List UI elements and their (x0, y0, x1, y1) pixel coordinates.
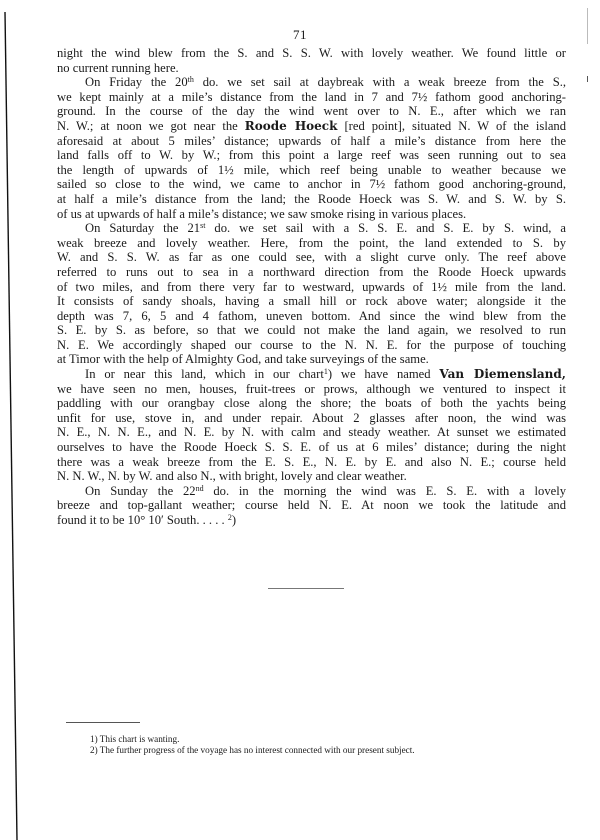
superscript: 1 (324, 367, 328, 376)
bold-name: Roode Hoeck (245, 119, 338, 133)
paragraph: In or near this land, which in our chart… (57, 367, 566, 484)
text-line: S. E. by S. as before, so that we could … (57, 323, 566, 338)
superscript: 2 (228, 513, 232, 522)
text-line: On Saturday the 21st do. we set sail wit… (57, 221, 566, 236)
paragraph: On Friday the 20th do. we set sail at da… (57, 75, 566, 221)
text-line: sailed so close to the wind, we came to … (57, 177, 566, 192)
text-line: land falls off to W. by W.; from this po… (57, 148, 566, 163)
text-line: ground. In the course of the day the win… (57, 104, 566, 119)
text-line: paddling with our orangbay close along t… (57, 396, 566, 411)
text-line: weak breeze and lovely weather. Here, fr… (57, 236, 566, 251)
page-number: 71 (0, 27, 600, 43)
superscript: nd (196, 484, 204, 493)
text-line: referred to runs out to sea in a northwa… (57, 265, 566, 280)
section-separator (268, 588, 344, 589)
text-line: breeze and top-gallant weather; course h… (57, 498, 566, 513)
footnote-rule (66, 722, 140, 723)
text-line: depth was 7, 6, 5 and 4 fathom, uneven b… (57, 309, 566, 324)
text-line: of two miles, and from there very far to… (57, 280, 566, 295)
text-line: In or near this land, which in our chart… (57, 367, 566, 382)
superscript: th (188, 75, 194, 84)
text-line: W. and S. S. W. as far as one could see,… (57, 250, 566, 265)
text-line: On Sunday the 22nd do. in the morning th… (57, 484, 566, 499)
text-line: ourselves to have the Roode Hoeck S. S. … (57, 440, 566, 455)
footnote: 2) The further progress of the voyage ha… (90, 745, 570, 756)
text-line: found it to be 10° 10′ South. . . . . 2) (57, 513, 566, 528)
text-line: N. W.; at noon we got near the Roode Hoe… (57, 119, 566, 134)
text-line: On Friday the 20th do. we set sail at da… (57, 75, 566, 90)
text-line: at Timor with the help of Almighty God, … (57, 352, 566, 367)
text-line: we kept mainly at a mile’s distance from… (57, 90, 566, 105)
text-line: N. E., N. N. E., and N. E. by N. with ca… (57, 425, 566, 440)
body-text: night the wind blew from the S. and S. S… (57, 46, 566, 528)
text-line: unfit for use, stove in, and under repai… (57, 411, 566, 426)
footnote: 1) This chart is wanting. (90, 734, 570, 745)
footnotes: 1) This chart is wanting.2) The further … (90, 734, 570, 756)
text-line: night the wind blew from the S. and S. S… (57, 46, 566, 61)
text-line: at half a mile’s distance from the land;… (57, 192, 566, 207)
paragraph: On Saturday the 21st do. we set sail wit… (57, 221, 566, 367)
text-line: N. E. We accordingly shaped our course t… (57, 338, 566, 353)
text-line: we have seen no men, houses, fruit-trees… (57, 382, 566, 397)
paragraph: On Sunday the 22nd do. in the morning th… (57, 484, 566, 528)
margin-mark (587, 76, 588, 82)
text-line: of us at upwards of half a mile’s distan… (57, 207, 566, 222)
text-line: the length of upwards of 1½ mile, which … (57, 163, 566, 178)
text-line: there was a weak breeze from the E. S. E… (57, 455, 566, 470)
paragraph: night the wind blew from the S. and S. S… (57, 46, 566, 75)
text-line: N. N. W., N. by W. and also N., with bri… (57, 469, 566, 484)
text-line: It consists of sandy shoals, having a sm… (57, 294, 566, 309)
text-line: no current running here. (57, 61, 566, 76)
text-line: aforesaid at about 5 miles’ distance; up… (57, 134, 566, 149)
bold-name: Van Diemensland, (439, 367, 566, 381)
superscript: st (200, 221, 205, 230)
